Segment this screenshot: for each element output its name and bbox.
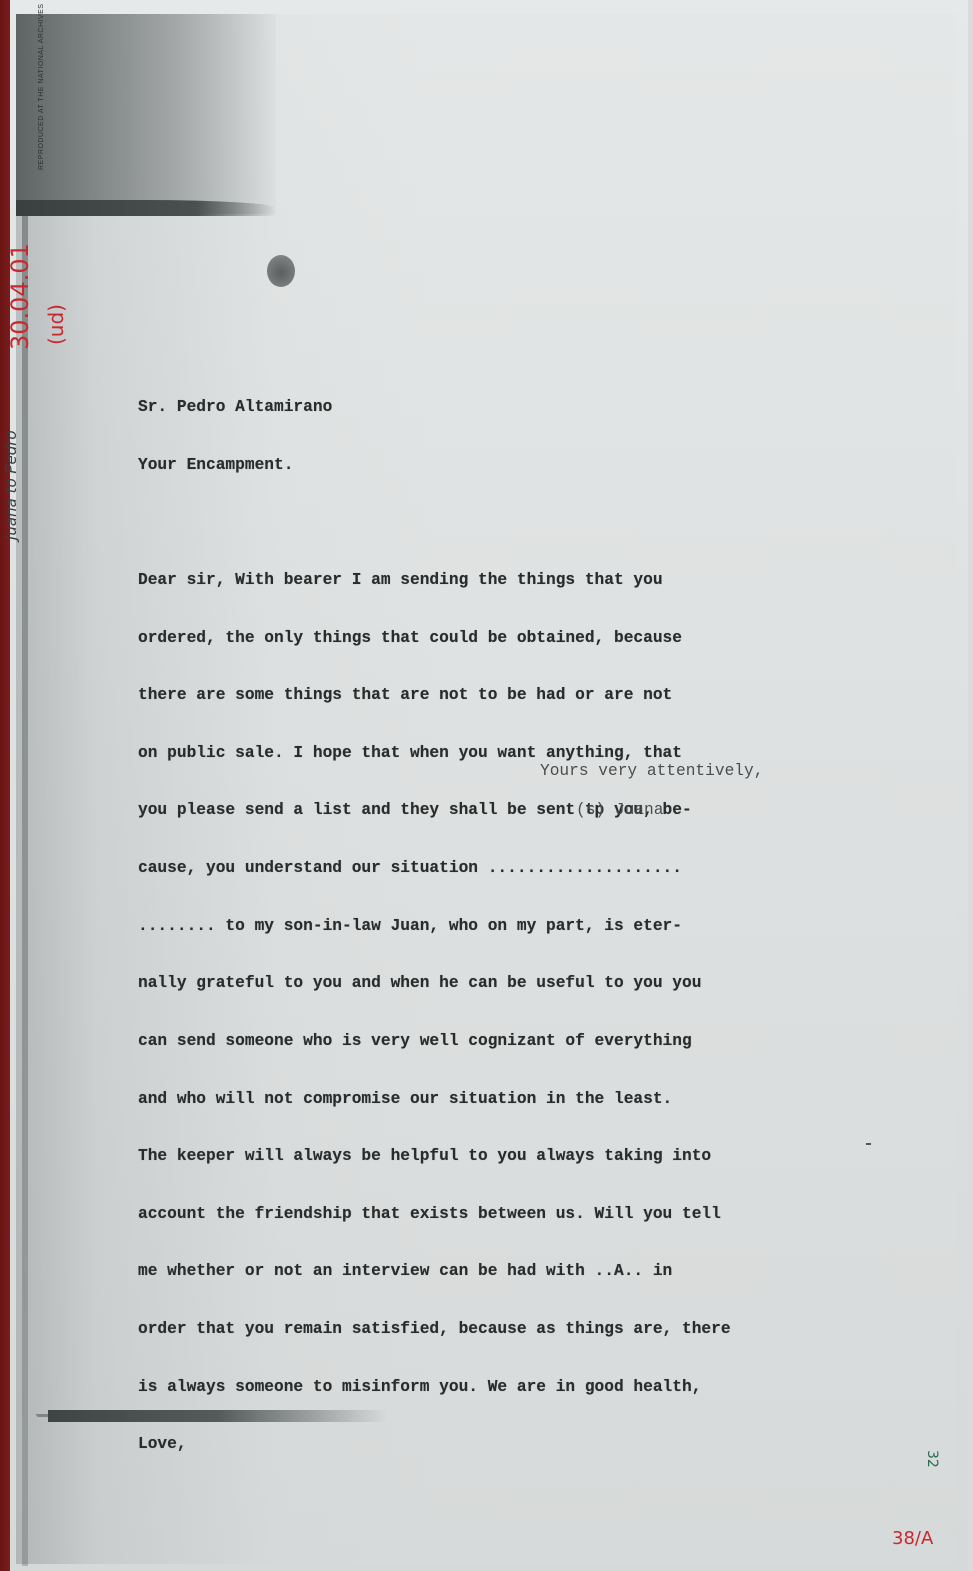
- body-line: nally grateful to you and when he can be…: [138, 974, 731, 993]
- body-line: cause, you understand our situation ....…: [138, 859, 731, 878]
- dust-speck: [866, 1143, 871, 1145]
- address-line: Sr. Pedro Altamirano: [138, 398, 731, 417]
- photocopy-edge-bar: [16, 200, 276, 216]
- body-line: Love,: [138, 1435, 731, 1454]
- body-line: can send someone who is very well cogniz…: [138, 1032, 731, 1051]
- body-line: me whether or not an interview can be ha…: [138, 1262, 731, 1281]
- handwritten-date-note: 30.04.01: [6, 243, 34, 350]
- spacer: [138, 514, 731, 533]
- body-line: ordered, the only things that could be o…: [138, 629, 731, 648]
- archive-stamp: REPRODUCED AT THE NATIONAL ARCHIVES: [38, 4, 45, 170]
- punch-hole-mark: [267, 255, 295, 287]
- body-line: is always someone to misinform you. We a…: [138, 1378, 731, 1397]
- body-line: on public sale. I hope that when you wan…: [138, 744, 731, 763]
- body-line: there are some things that are not to be…: [138, 686, 731, 705]
- letter-signature: (s) Juana: [576, 801, 663, 819]
- address-line: Your Encampment.: [138, 456, 731, 475]
- handwritten-correspondents: Juana to Pedro: [2, 430, 20, 540]
- body-line: and who will not compromise our situatio…: [138, 1090, 731, 1109]
- letter-text: Sr. Pedro Altamirano Your Encampment. De…: [138, 360, 731, 1474]
- body-line: order that you remain satisfied, because…: [138, 1320, 731, 1339]
- folio-number-green: 32: [924, 1450, 940, 1468]
- letter-closing: Yours very attentively,: [540, 762, 763, 780]
- body-line: The keeper will always be helpful to you…: [138, 1147, 731, 1166]
- body-line: account the friendship that exists betwe…: [138, 1205, 731, 1224]
- body-line: Dear sir, With bearer I am sending the t…: [138, 571, 731, 590]
- body-line: ........ to my son-in-law Juan, who on m…: [138, 917, 731, 936]
- photocopy-shadow-header: [16, 14, 276, 214]
- folio-number-red: 38/A: [892, 1528, 933, 1549]
- photocopy-left-edge: [22, 216, 28, 1566]
- handwritten-date-qualifier: (ud): [44, 304, 68, 345]
